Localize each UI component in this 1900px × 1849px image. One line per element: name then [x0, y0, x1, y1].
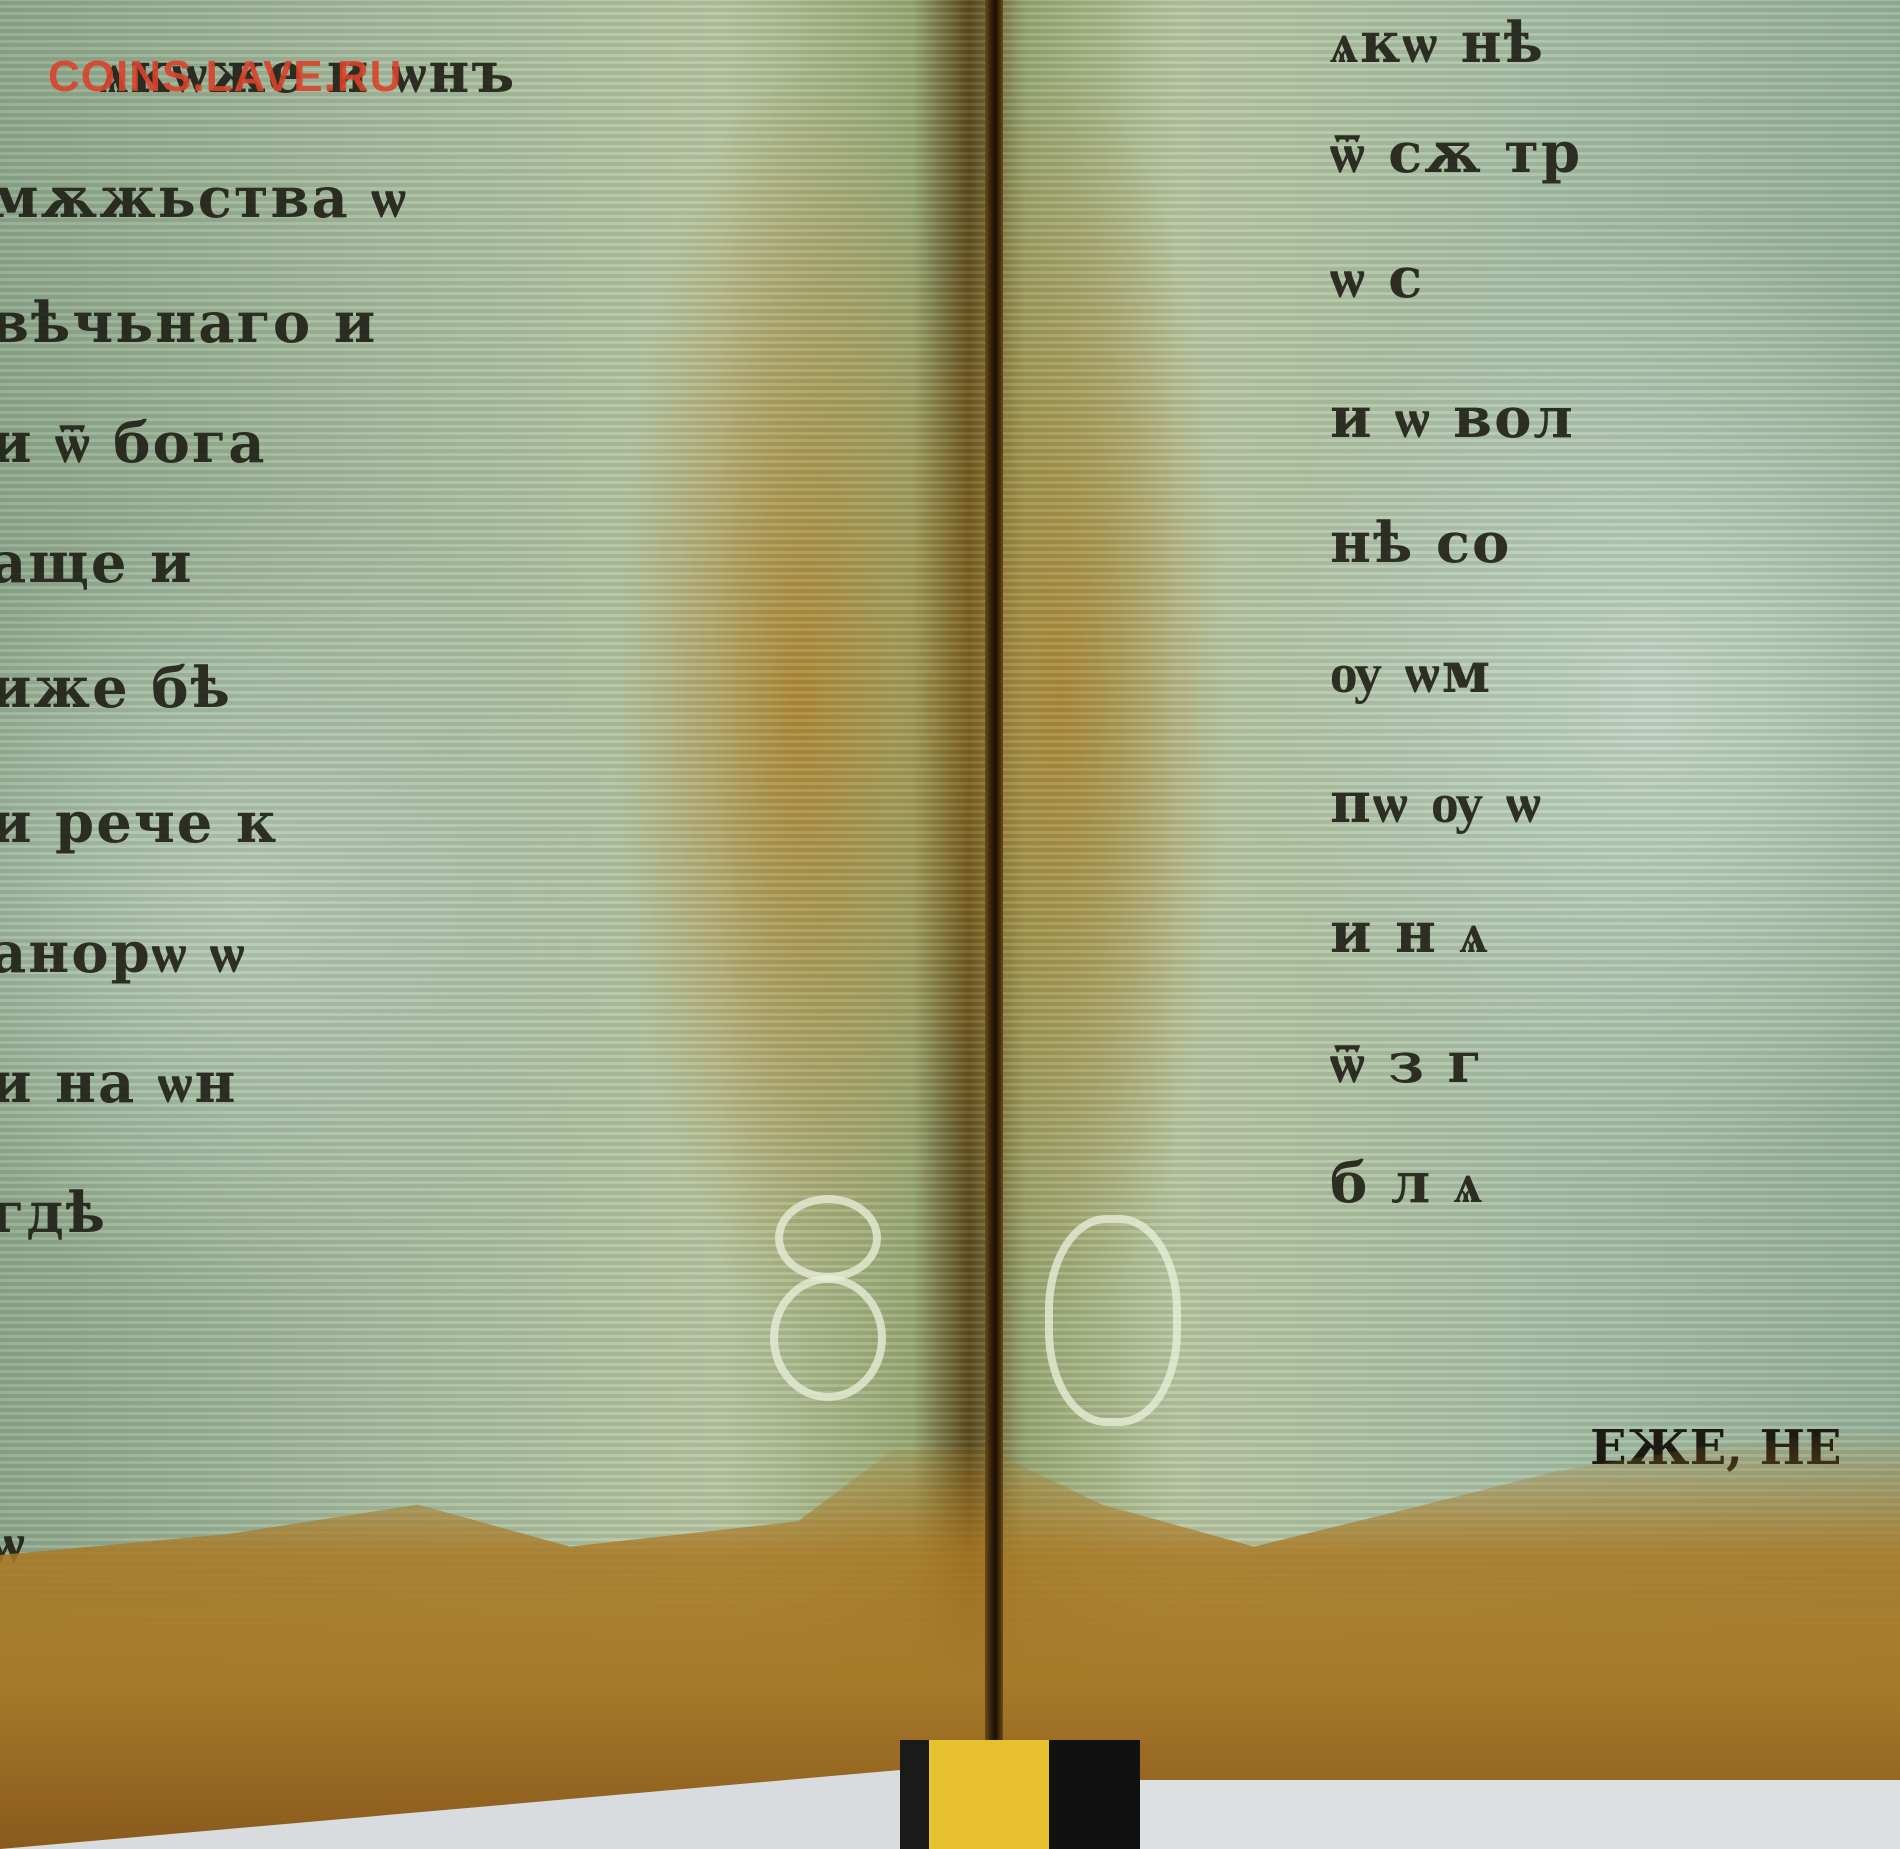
- book-spine: [985, 0, 1003, 1760]
- text-line: аще и: [0, 530, 194, 596]
- text-line: анорѡ ѡ: [0, 920, 247, 986]
- text-line: и рече к: [0, 790, 278, 856]
- text-line: б л ѧ: [1330, 1150, 1484, 1216]
- text-line: и н ѧ: [1330, 900, 1490, 966]
- text-line: ѿ сѫ тр: [1330, 120, 1582, 186]
- left-page: ѧкѡже и ѡнъ мѫжьства ѡ вѣчьнаго и и ѿ бо…: [0, 0, 640, 1600]
- paper-watermark-shape: [775, 1195, 881, 1281]
- text-line: пѡ ѹ ѡ: [1330, 770, 1543, 836]
- text-line: мѫжьства ѡ: [0, 165, 408, 231]
- site-watermark: COINS.LAVE.RU: [48, 52, 402, 102]
- text-line: и на ѡн: [0, 1050, 237, 1116]
- text-line: ѡ с: [1330, 245, 1424, 311]
- text-line: иже бѣ: [0, 655, 232, 721]
- text-line: нѣ со: [1330, 510, 1511, 576]
- light-stand: [900, 1740, 1140, 1849]
- manuscript-photo: ѧкѡже и ѡнъ мѫжьства ѡ вѣчьнаго и и ѿ бо…: [0, 0, 1900, 1849]
- right-page: ѧкѡ нѣ ѿ сѫ тр ѡ с и ѡ вол нѣ со ѹ ѡм пѡ…: [1320, 0, 1900, 1600]
- text-line: и ѿ бога: [0, 410, 266, 476]
- text-line: гдѣ: [0, 1180, 107, 1246]
- paper-watermark-shape: [770, 1275, 886, 1401]
- paper-watermark-shape: [1045, 1215, 1181, 1426]
- text-line: ѧкѡ нѣ: [1330, 10, 1545, 76]
- text-line: ѿ з г: [1330, 1030, 1484, 1096]
- background-surface: [1140, 1780, 1900, 1849]
- text-line: и ѡ вол: [1330, 385, 1575, 451]
- text-line: вѣчьнаго и: [0, 290, 377, 356]
- text-line: ѹ ѡм: [1330, 640, 1492, 706]
